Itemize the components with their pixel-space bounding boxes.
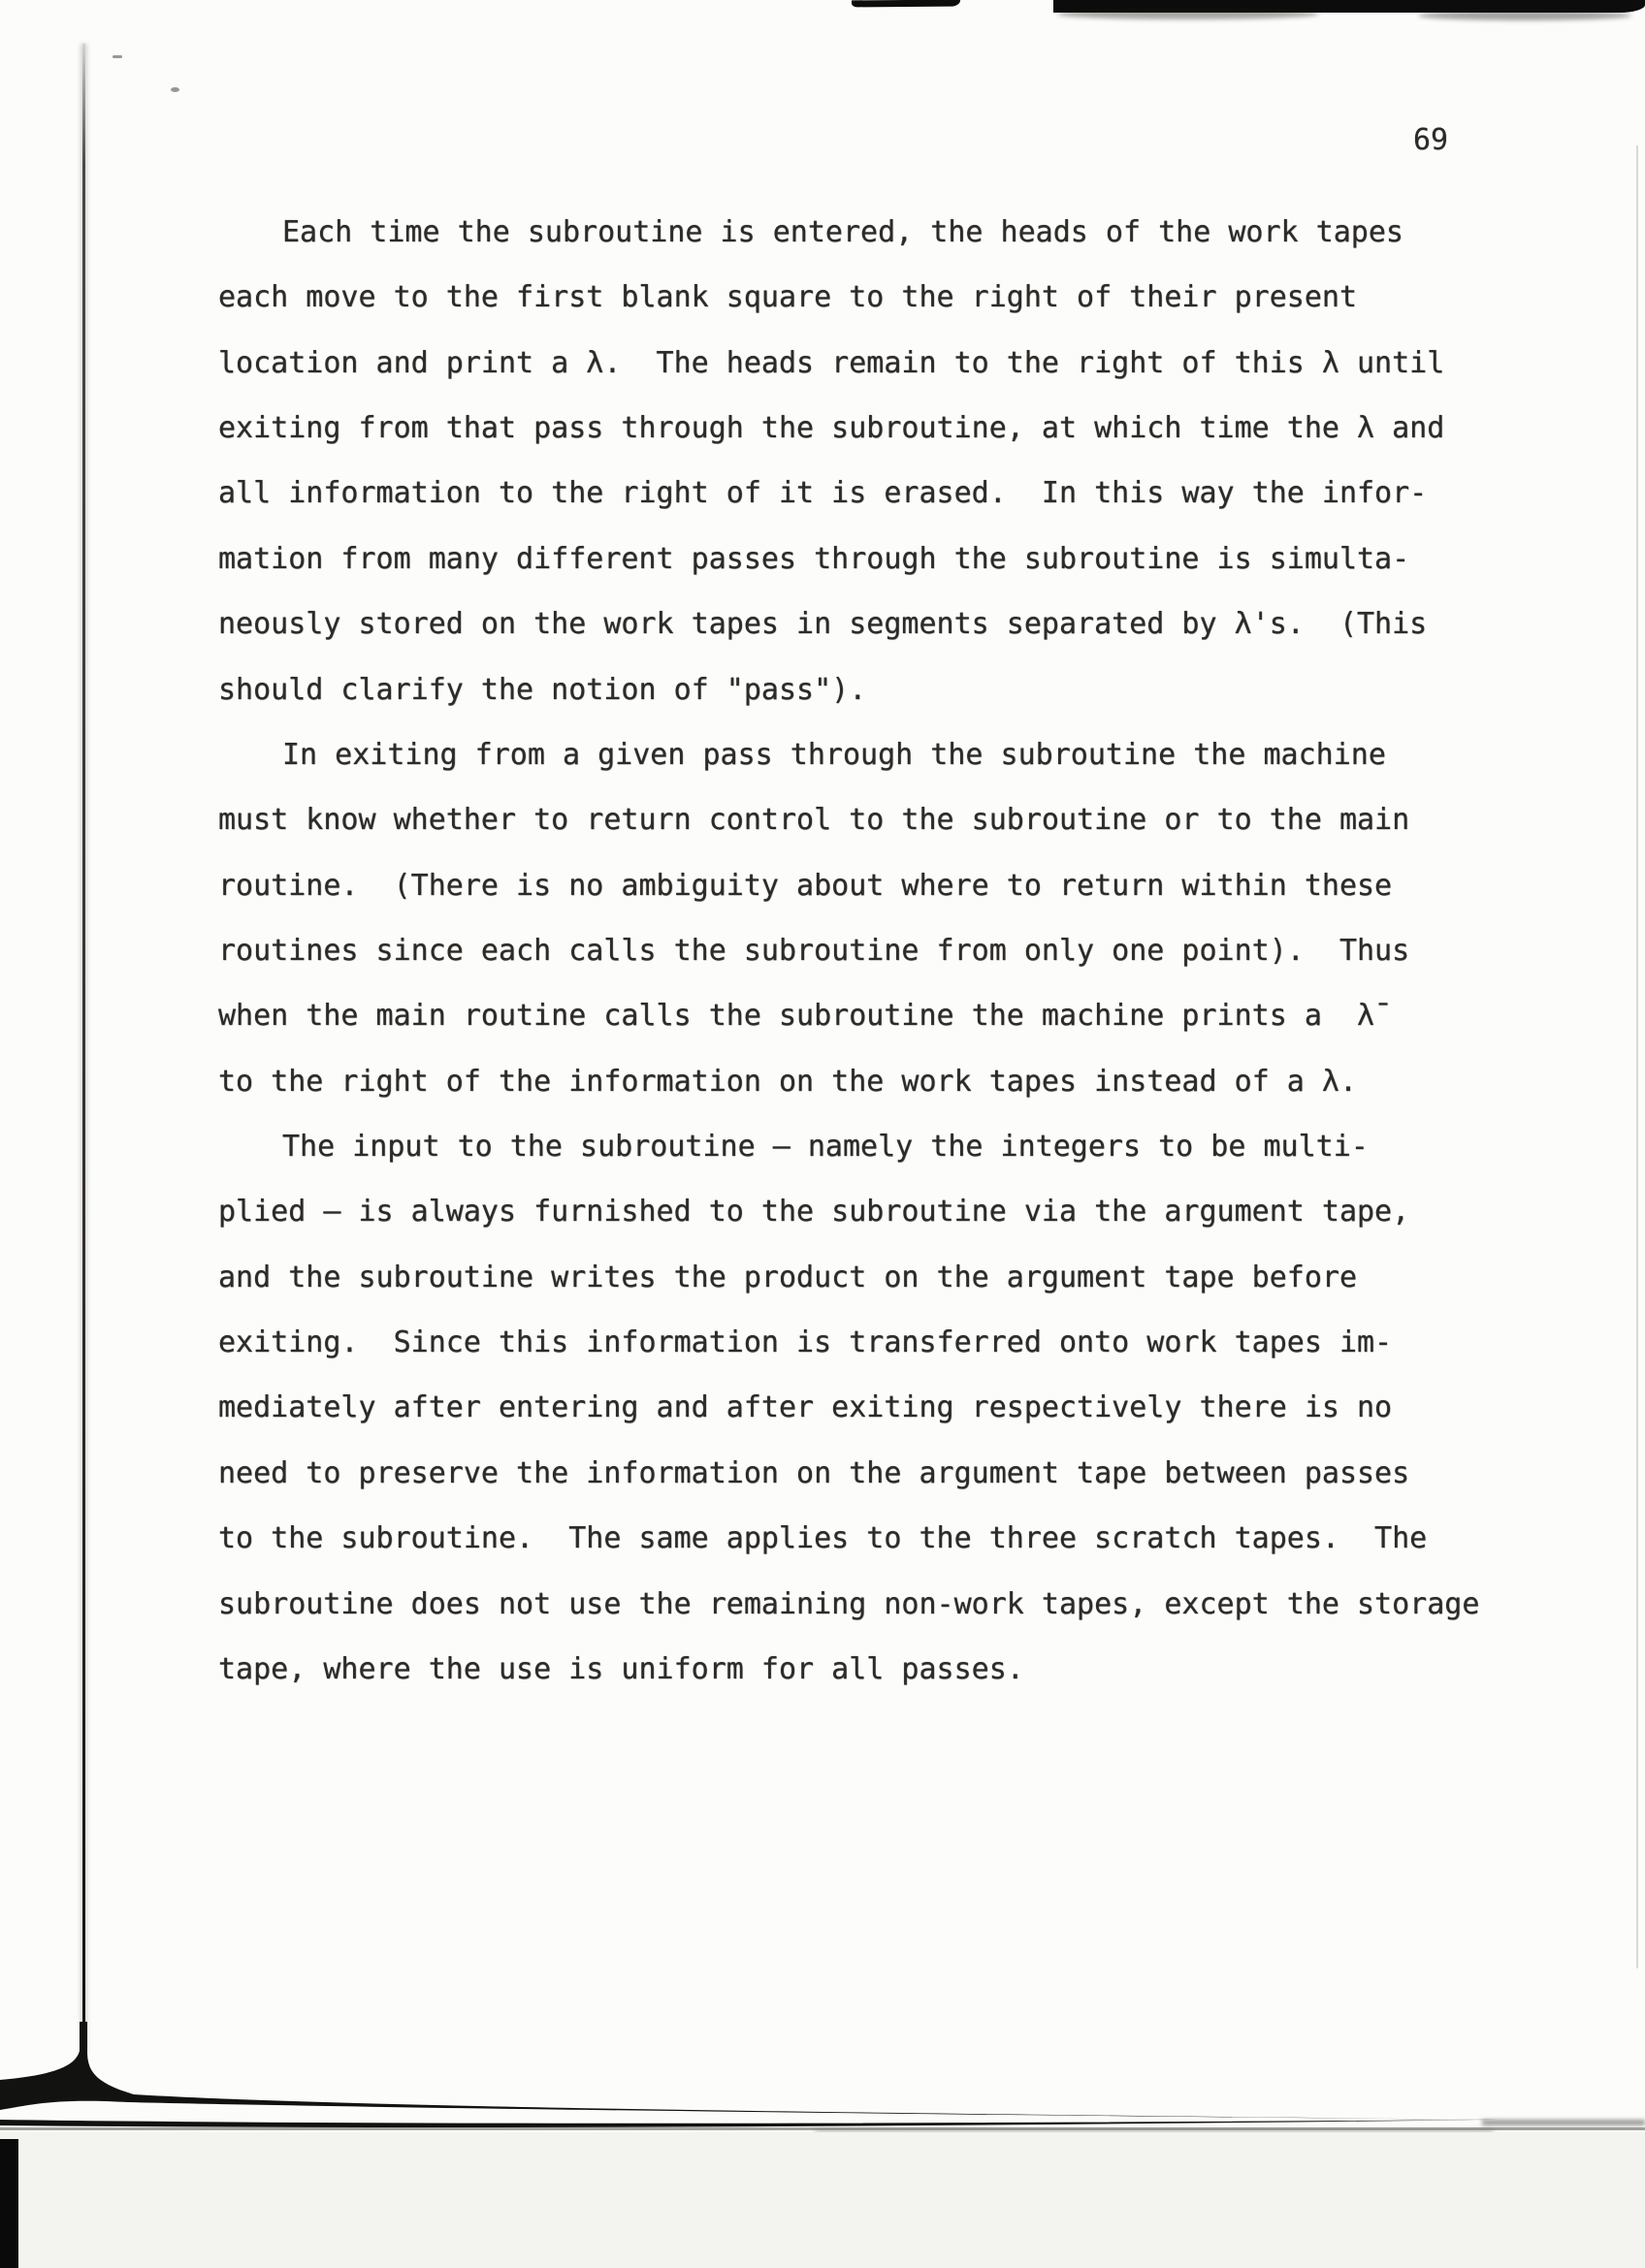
page-right-edge-line [1636, 145, 1638, 1968]
page-bottom-edge-shadow [1482, 2120, 1645, 2125]
scanner-bottom-margin [0, 2132, 1645, 2268]
text-line: when the main routine calls the subrouti… [218, 983, 1508, 1048]
scan-smudge [113, 55, 122, 58]
text-line: subroutine does not use the remaining no… [218, 1572, 1508, 1637]
book-gutter-line [82, 44, 85, 2053]
text-block: Each time the subroutine is entered, the… [218, 200, 1508, 1702]
text-line: must know whether to return control to t… [218, 787, 1508, 852]
scanned-page: 69 Each time the subroutine is entered, … [0, 0, 1645, 2268]
top-edge-artifact-small [852, 0, 960, 7]
text-line: need to preserve the information on the … [218, 1441, 1508, 1506]
scan-smudge [171, 87, 179, 92]
text-line: Each time the subroutine is entered, the… [218, 200, 1508, 265]
text-line: exiting from that pass through the subro… [218, 396, 1508, 461]
bottom-left-corner-strip [0, 2139, 18, 2268]
page-number: 69 [1413, 123, 1448, 157]
text-line: each move to the first blank square to t… [218, 265, 1508, 330]
text-line: mation from many different passes throug… [218, 527, 1508, 591]
text-line: exiting. Since this information is trans… [218, 1310, 1508, 1375]
text-line: neously stored on the work tapes in segm… [218, 591, 1508, 656]
top-edge-artifact-fuzz [1418, 11, 1631, 20]
top-edge-artifact-fuzz [1057, 9, 1319, 19]
text-line: all information to the right of it is er… [218, 461, 1508, 526]
text-line: tape, where the use is uniform for all p… [218, 1637, 1508, 1702]
text-line: routines since each calls the subroutine… [218, 918, 1508, 983]
text-line: location and print a λ. The heads remain… [218, 331, 1508, 396]
text-line: to the right of the information on the w… [218, 1049, 1508, 1114]
text-line: The input to the subroutine — namely the… [218, 1114, 1508, 1179]
text-line: to the subroutine. The same applies to t… [218, 1506, 1508, 1571]
text-line: routine. (There is no ambiguity about wh… [218, 853, 1508, 918]
text-line: In exiting from a given pass through the… [218, 722, 1508, 787]
text-line: mediately after entering and after exiti… [218, 1375, 1508, 1440]
text-line: should clarify the notion of "pass"). [218, 657, 1508, 722]
text-line: and the subroutine writes the product on… [218, 1245, 1508, 1310]
text-line: plied — is always furnished to the subro… [218, 1179, 1508, 1244]
